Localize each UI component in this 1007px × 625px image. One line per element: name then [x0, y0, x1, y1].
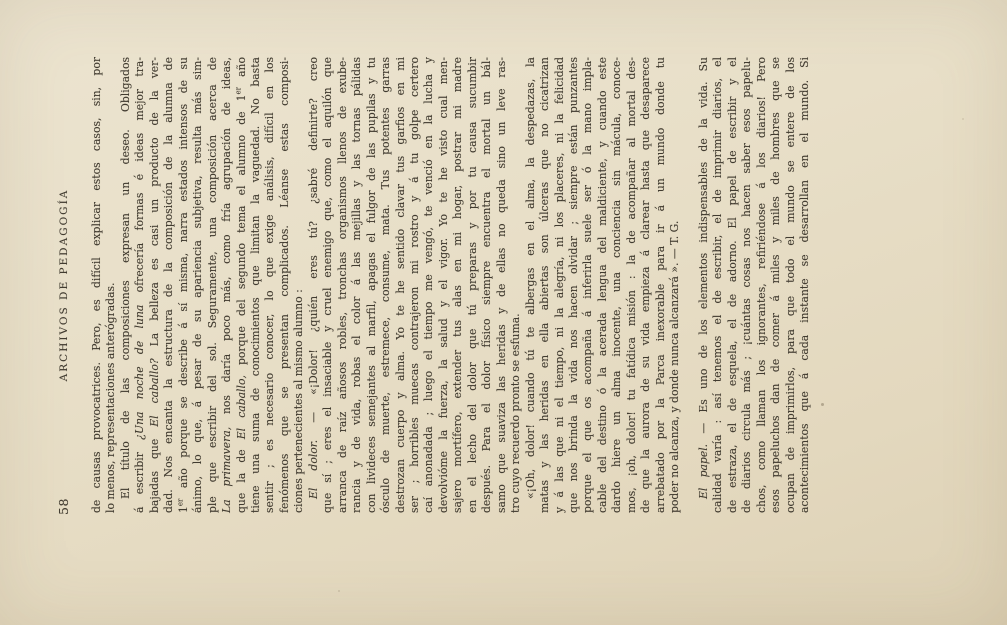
text-line: ser ; horribles muecas contrajeron mi ro…: [408, 57, 422, 513]
text-line: arrebatado por la Parca inexorable para …: [654, 57, 668, 513]
text-line: «¡Oh, dolor! cuando tú te albergas en el…: [524, 57, 538, 513]
scanned-book-page: 58 ARCHIVOS DE PEDAGOGÍA de causas provo…: [0, 0, 1007, 625]
text-line: de diarios circula más ; ¡cuántas cosas …: [740, 57, 754, 513]
text-line: El título de las composiciones expresan …: [119, 57, 133, 513]
text-line: que nos brinda la vida nos hacen olvidar…: [567, 57, 581, 513]
paragraph: «¡Oh, dolor! cuando tú te albergas en el…: [524, 57, 683, 513]
text-line: tiene una suma de conocimientos que limi…: [249, 57, 263, 513]
scan-speck: [338, 590, 340, 592]
text-line: á escribir ¿Una noche de luna ofrecería …: [133, 57, 147, 513]
text-line: rancia y de vida, robas el color á las m…: [350, 57, 364, 513]
text-line: caí anonadada ; luego el tiempo me vengó…: [422, 57, 436, 513]
text-line: El papel. — Es uno de los elementos indi…: [697, 57, 711, 513]
text-line: ocupan de imprimirlos, para que todo el …: [784, 57, 798, 513]
text-line: de que la aurora de su vida empieza á cl…: [639, 57, 653, 513]
text-line: arranca de raíz añosos robles, tronchas …: [336, 57, 350, 513]
text-line: ánimo, lo que, á pesar de su apariencia …: [191, 57, 205, 513]
running-title: ARCHIVOS DE PEDAGOGÍA: [58, 189, 70, 382]
text-line: samo que suaviza las heridas y de ellas …: [495, 57, 509, 513]
text-line: dad. Nos encanta la estructura de la com…: [162, 57, 176, 513]
text-line: de causas provocatrices. Pero, es difíci…: [90, 57, 104, 513]
text-line: esos papeluchos dan de comer á miles y m…: [769, 57, 783, 513]
text-line: matas y las heridas en ella abiertas son…: [538, 57, 552, 513]
text-line: después. Para el dolor físico siempre en…: [480, 57, 494, 513]
text-line: de estraza, el de esquela, el de adorno.…: [726, 57, 740, 513]
text-line: chos, como llaman los ignorantes, refiri…: [755, 57, 769, 513]
text-line: sajero mortífero, extender tus alas en m…: [451, 57, 465, 513]
paragraph: El dolor. — «¡Dolor! ¿quién eres tú? ¿sa…: [307, 57, 524, 513]
scan-speck: [962, 118, 964, 120]
text-line: porque el que os acompaña á inferirla su…: [581, 57, 595, 513]
scan-speck: [821, 403, 824, 406]
paragraph: de causas provocatrices. Pero, es difíci…: [90, 57, 119, 513]
text-line: acontecimientos que á cada instante se d…: [798, 57, 812, 513]
text-line: cable del destino ó la acerada lengua de…: [596, 57, 610, 513]
text-line: ciones pertenecientes al mismo alumno :: [292, 57, 306, 513]
text-line: calidad varía : así tenemos el de escrib…: [711, 57, 725, 513]
text-line: lo menos, representaciones anterógradas.: [104, 57, 118, 513]
text-line: dardo hiere un alma inocente, una concie…: [610, 57, 624, 513]
text-line: que la de El caballo, porque del segundo…: [235, 57, 249, 513]
running-head: 58 ARCHIVOS DE PEDAGOGÍA: [58, 57, 70, 513]
text-line: fenómenos que se presentan complicados. …: [278, 57, 292, 513]
text-line: 1er año porque se describe á sí misma, n…: [177, 57, 191, 513]
page-rotated-content: 58 ARCHIVOS DE PEDAGOGÍA de causas provo…: [0, 0, 1007, 625]
text-line: que sí ; eres el insaciable y cruel enem…: [321, 57, 335, 513]
text-line: destrozan cuerpo y alma. Yo te he sentid…: [394, 57, 408, 513]
paragraph: El papel. — Es uno de los elementos indi…: [697, 57, 813, 513]
page-number: 58: [56, 498, 71, 515]
text-line: ple que escribir del sol. Seguramente, u…: [206, 57, 220, 513]
text-line: ósculo de muerte, estremece, consume, ma…: [379, 57, 393, 513]
text-line: devolvióme la fuerza, la salud y el vigo…: [437, 57, 451, 513]
text-line: poder no alcanza, y donde nunca alcanzar…: [668, 57, 682, 513]
text-line: El dolor. — «¡Dolor! ¿quién eres tú? ¿sa…: [307, 57, 321, 513]
paragraph: El título de las composiciones expresan …: [119, 57, 307, 513]
text-line: bajadas que El caballo? La belleza es ca…: [148, 57, 162, 513]
body-text: de causas provocatrices. Pero, es difíci…: [90, 57, 813, 513]
text-line: mos, ¡oh, dolor! tu fatídica misión : la…: [625, 57, 639, 513]
text-line: y á las que ni el tiempo, ni la alegría,…: [553, 57, 567, 513]
text-line: sentir ; es necesario conocer, lo que ex…: [263, 57, 277, 513]
text-line: tro cuyo recuerdo pronto se esfuma.: [509, 57, 523, 513]
text-line: con livideces semejantes al marfil, apag…: [365, 57, 379, 513]
text-line: La primavera, nos daría poco más, como f…: [220, 57, 234, 513]
text-line: en el lecho del dolor que tú preparas y …: [466, 57, 480, 513]
